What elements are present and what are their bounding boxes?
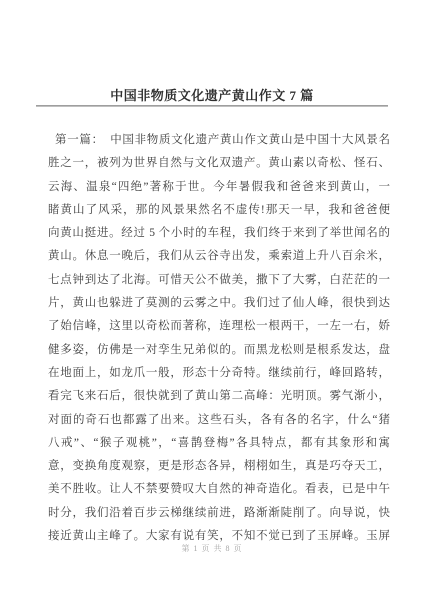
body-text-line: 美不胜收。让人不禁要赞叹大自然的神奇造化。看表，已是中午 <box>48 478 390 501</box>
body-text-line: 对面的奇石也都露了出来。这些石头，各有各的名字，什么“猪 <box>48 409 390 432</box>
body-text-line: 睹黄山了风采，那的风景果然名不虚传!那天一早，我和爸爸便 <box>48 199 390 222</box>
document-body: 第一篇： 中国非物质文化遗产黄山作文黄山是中国十大风景名 胜之一，被列为世界自然… <box>48 129 390 548</box>
body-text-line: 健多姿，仿佛是一对孪生兄弟似的。而黑龙松则是根系发达，盘 <box>48 339 390 362</box>
body-text-line: 黄山。休息一晚后，我们从云谷寺出发，乘索道上升八百余米， <box>48 245 390 268</box>
body-text-line: 胜之一，被列为世界自然与文化双遗产。黄山素以奇松、怪石、 <box>48 152 390 175</box>
body-text-line: 看完飞来石后，很快就到了黄山第二高峰：光明顶。雾气渐小， <box>48 385 390 408</box>
body-text-line: 第一篇： 中国非物质文化遗产黄山作文黄山是中国十大风景名 <box>48 129 390 152</box>
body-text-line: 八戒”、“猴子观桃”，“喜鹊登梅”各具特点，都有其象形和寓 <box>48 432 390 455</box>
body-text-line: 片，黄山也躲进了莫测的云雾之中。我们过了仙人峰，很快到达 <box>48 292 390 315</box>
page-footer: 第 1 页 共 8 页 <box>0 543 424 554</box>
body-text-line: 七点钟到达了北海。可惜天公不做美，撒下了大雾，白茫茫的一 <box>48 269 390 292</box>
body-text-line: 在地面上，如龙爪一般，形态十分奇特。继续前行，峰回路转， <box>48 362 390 385</box>
document-page: 中国非物质文化遗产黄山作文 7 篇 第一篇： 中国非物质文化遗产黄山作文黄山是中… <box>0 0 424 600</box>
document-title: 中国非物质文化遗产黄山作文 7 篇 <box>0 85 424 104</box>
title-divider <box>36 105 388 107</box>
body-text-line: 向黄山挺进。经过 5 个小时的车程，我们终于来到了举世闻名的 <box>48 222 390 245</box>
body-text-line: 时分，我们沿着百步云梯继续前进，路渐渐陡削了。向导说，快 <box>48 502 390 525</box>
body-text-line: 云海、温泉“四绝”著称于世。今年暑假我和爸爸来到黄山，一 <box>48 176 390 199</box>
body-text-line: 了始信峰，这里以奇松而著称，连理松一根两干，一左一右，娇 <box>48 315 390 338</box>
body-text-line: 意，变换角度观察，更是形态各异，栩栩如生，真是巧夺天工， <box>48 455 390 478</box>
